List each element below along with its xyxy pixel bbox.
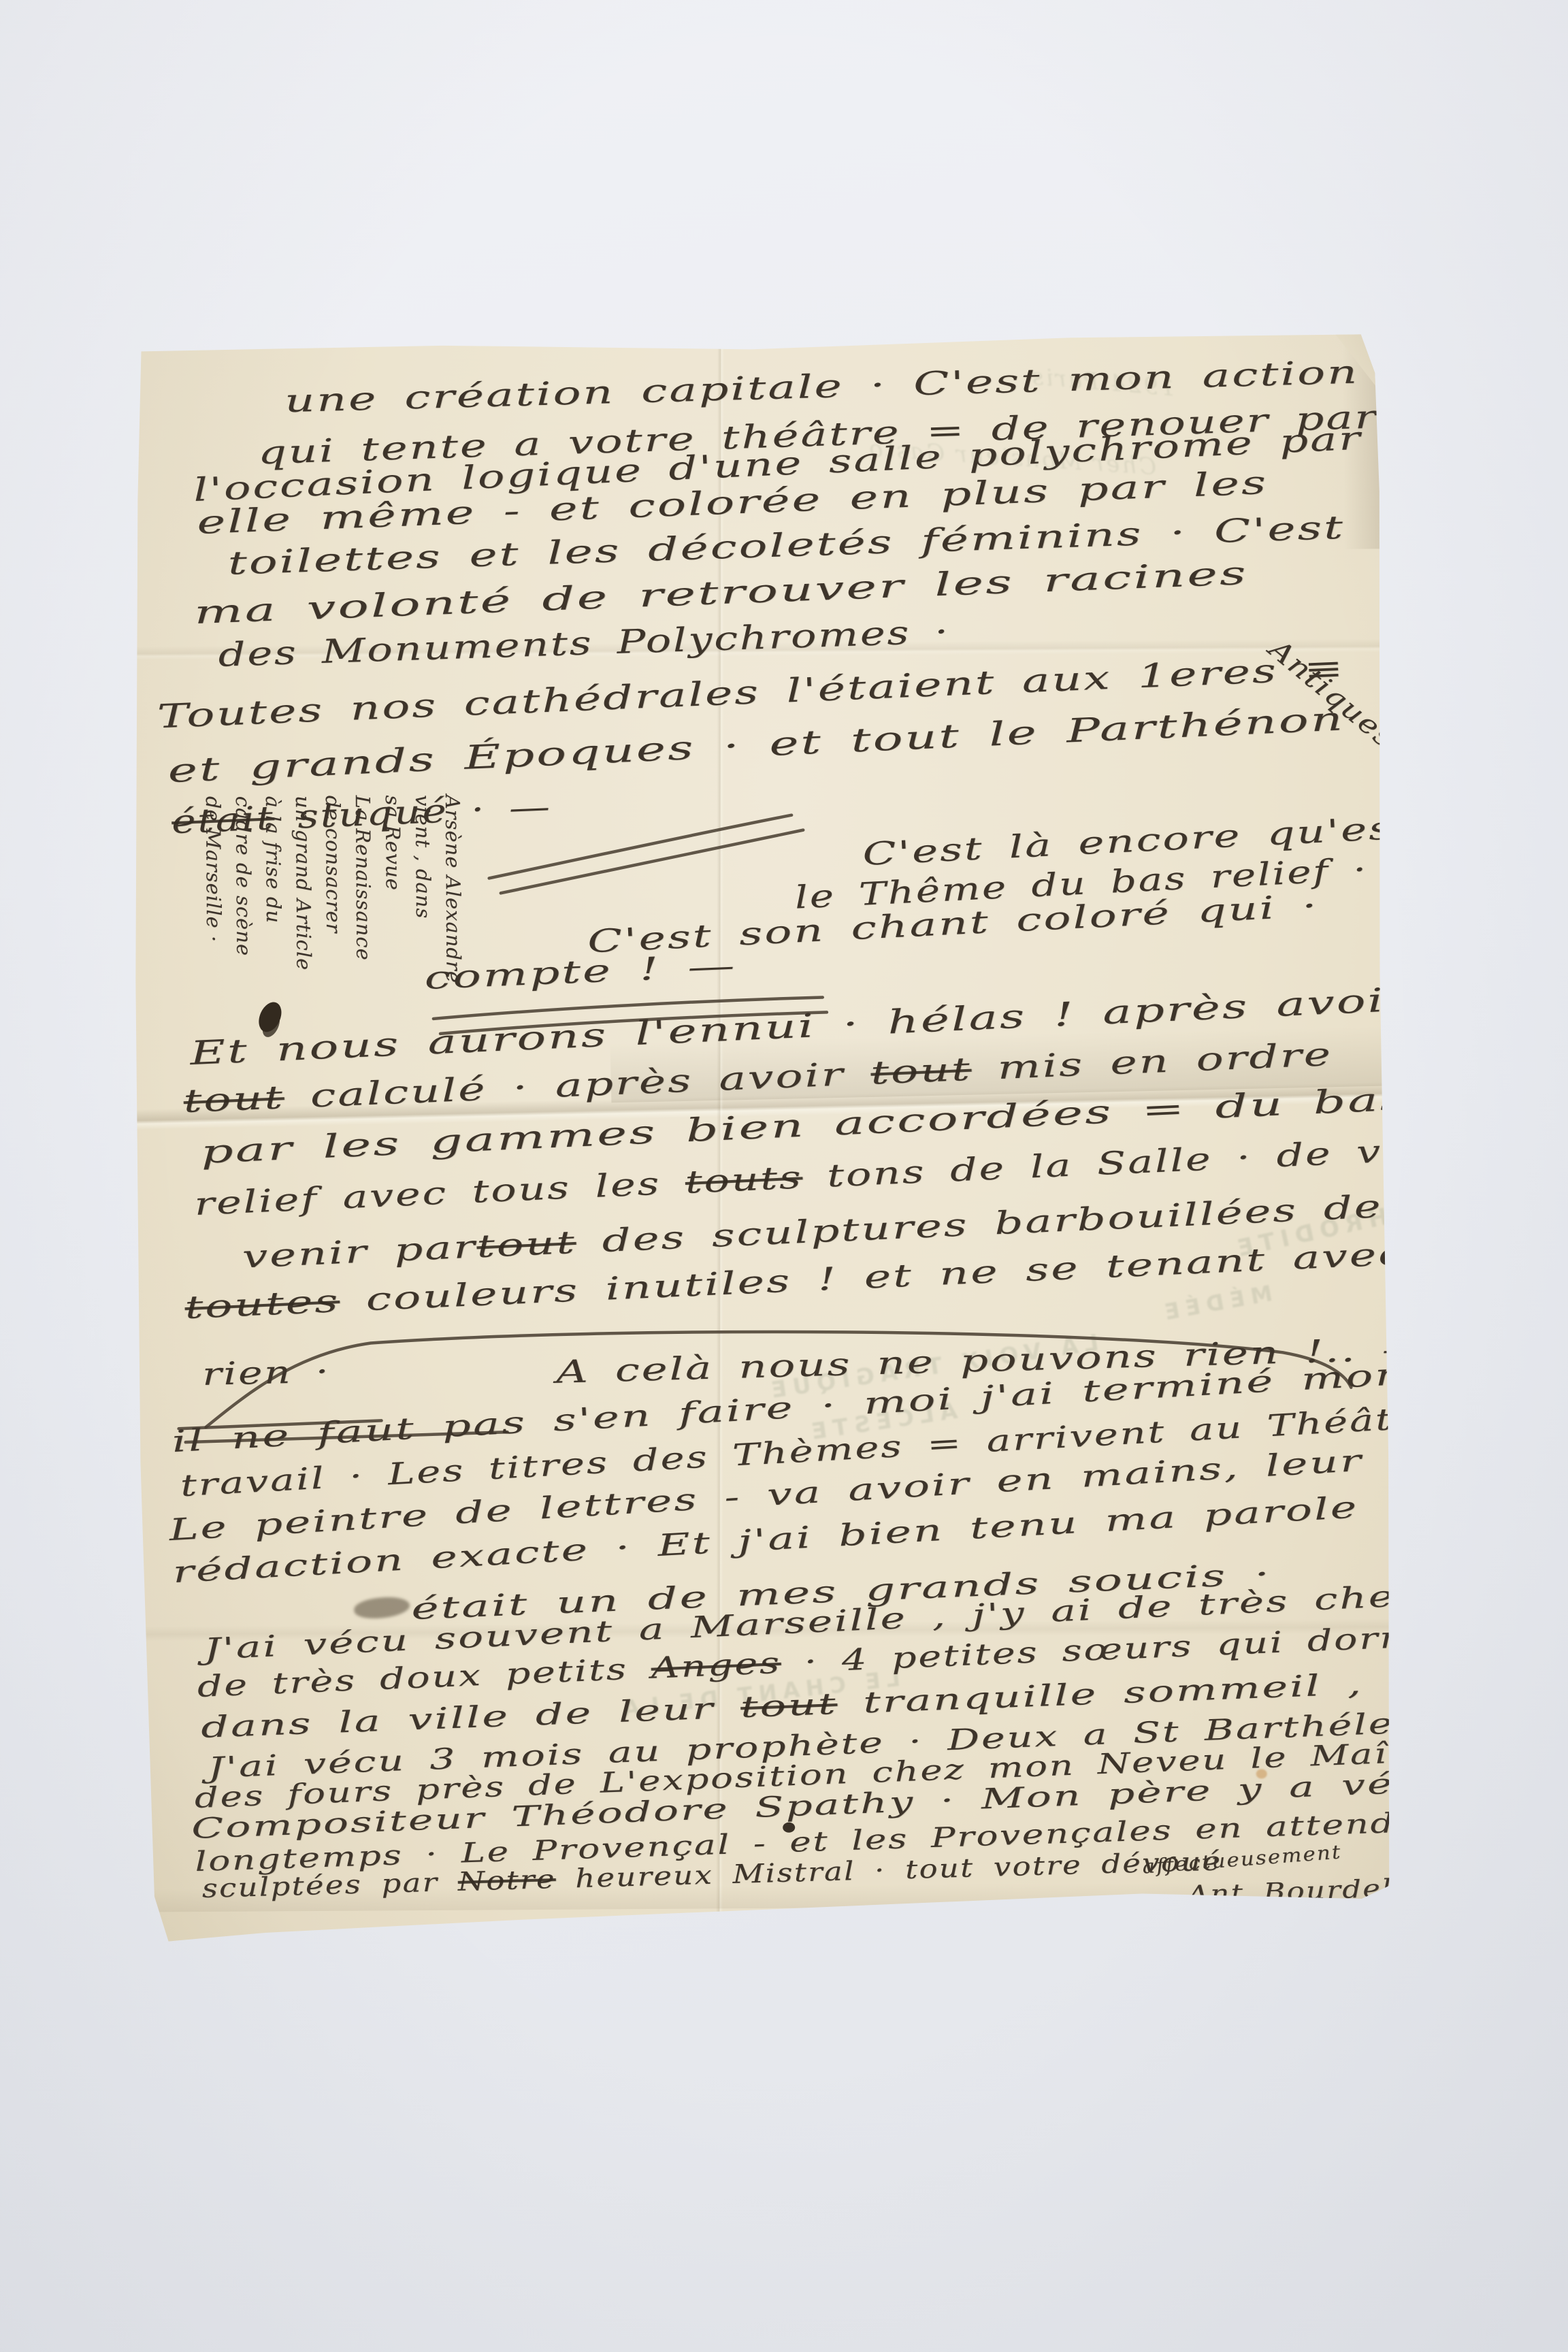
struck-word: touts [685, 1158, 804, 1200]
struck-word: tout [476, 1224, 577, 1264]
margin-note-line: de Marseille · [198, 796, 229, 1068]
struck-word: tout [740, 1687, 838, 1725]
struck-word: tout [183, 1079, 285, 1120]
margin-note-line: de consacrer [318, 796, 349, 1068]
margin-note-vertical: Arsène Alexandrevient , danssa RevueLa R… [195, 795, 469, 1068]
paper-stain [1256, 1769, 1267, 1778]
margin-note-line: Arsène Alexandre [438, 795, 469, 1067]
handwritten-line: rien · [201, 1353, 330, 1392]
ink-blot-small [783, 1823, 795, 1833]
struck-word: Anges [651, 1646, 782, 1686]
struck-word: tout [870, 1051, 972, 1092]
margin-note-line: sa Revue [378, 795, 409, 1067]
margin-note-line: un grand Article [288, 796, 319, 1068]
margin-note-line: cadre de scène [228, 796, 259, 1068]
struck-word: toutes [184, 1282, 340, 1326]
margin-note-line: La Renaissance [348, 795, 379, 1067]
struck-word: Notre [457, 1864, 556, 1897]
margin-note-line: vient , dans [408, 795, 439, 1067]
handwritten-line: compte ! — [423, 947, 737, 996]
letter-paper: 1924 ParisCher Monsieur GastoAPHRODITEMÉ… [130, 331, 1393, 1944]
photograph-of-letter: 1924 ParisCher Monsieur GastoAPHRODITEMÉ… [0, 0, 1568, 2352]
handwriting-layer: une création capitale · C'est mon action… [130, 331, 1393, 1944]
handwritten-line: Ant Bourdelle [1187, 1874, 1423, 1909]
